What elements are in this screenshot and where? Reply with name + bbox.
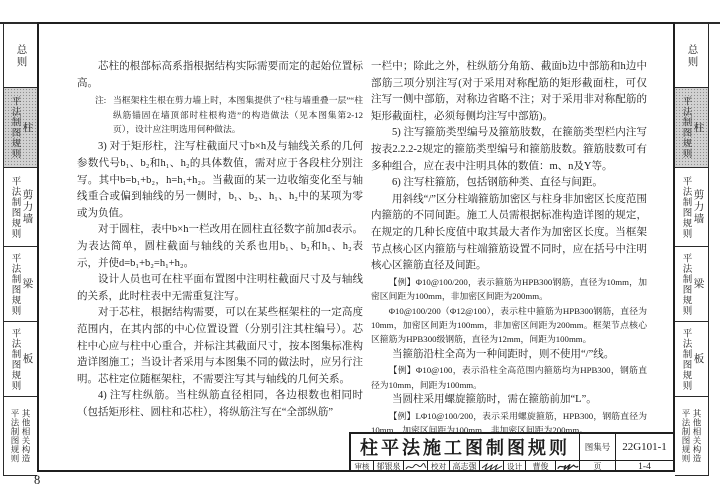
tab-group-label: 平法制图规则 bbox=[9, 253, 20, 316]
paragraph: 当圆柱采用螺旋箍筋时，需在箍筋前加“L”。 bbox=[371, 392, 647, 409]
tab-group-label: 平法制图规则 bbox=[680, 176, 691, 239]
reviewer-signature-image bbox=[403, 461, 427, 472]
paragraph: 6) 注写柱箍筋，包括钢筋种类、直径与间距。 bbox=[371, 175, 647, 192]
paragraph: 用斜线“/”区分柱端箍筋加密区与柱身非加密区长度范围内箍筋的不同间距。施工人员需… bbox=[371, 192, 647, 275]
tab-label: 剪力墙 bbox=[21, 189, 33, 225]
title-block: 柱平法施工图制图规则 图集号 22G101-1 审核 郁银泉 校对 高志强 设计… bbox=[349, 432, 673, 470]
designer-signature-image bbox=[555, 461, 579, 472]
note-paragraph: 注: 当框架柱生根在剪力墙上时，本图集提供了“柱与墙重叠一层”“柱纵筋锚固在墙顶… bbox=[77, 93, 363, 136]
tab-label: 其他相关构造 bbox=[21, 409, 31, 463]
checker-signature-image bbox=[479, 461, 503, 472]
sidebar-item-shear-wall: 平法制图规则 剪力墙 bbox=[675, 168, 708, 247]
paragraph: 当箍筋沿柱全高为一种间距时，则不使用“/”线。 bbox=[371, 347, 647, 364]
note-label: 注: bbox=[95, 93, 106, 107]
page-label: 页 bbox=[579, 461, 615, 472]
sidebar-item-column: 平法制图规则 柱 bbox=[675, 88, 708, 168]
tab-label: 板 bbox=[692, 353, 704, 365]
example-paragraph: Φ10@100/200（Φ12@100），表示柱中箍筋为HPB300钢筋，直径为… bbox=[371, 304, 647, 347]
tab-label: 梁 bbox=[21, 278, 33, 290]
tab-group-label: 平法制图规则 bbox=[680, 328, 691, 391]
sidebar-item-general-rules: 总则 bbox=[675, 24, 708, 88]
check-label: 校对 bbox=[427, 461, 449, 472]
tab-group-label: 平法制图规则 bbox=[9, 328, 20, 391]
tab-label: 梁 bbox=[692, 278, 704, 290]
tab-group-label: 平法制图规则 bbox=[9, 96, 20, 159]
tab-group-label: 平法制图规则 bbox=[681, 409, 691, 463]
note-body: 当框架柱生根在剪力墙上时，本图集提供了“柱与墙重叠一层”“柱纵筋锚固在墙顶部时柱… bbox=[113, 95, 363, 134]
tab-label: 总则 bbox=[686, 44, 698, 68]
sheet-title: 柱平法施工图制图规则 bbox=[351, 434, 579, 460]
example-paragraph: 【例】Φ10@100，表示沿柱全高范围内箍筋均为HPB300，钢筋直径为10mm… bbox=[371, 363, 647, 392]
tab-label: 柱 bbox=[692, 122, 704, 134]
tab-label: 剪力墙 bbox=[692, 189, 704, 225]
checker-name: 高志强 bbox=[449, 461, 479, 472]
text-column-right: 一栏中；除此之外，柱纵筋分角筋、截面b边中部筋和h边中部筋三项分别注写(对于采用… bbox=[371, 59, 647, 438]
tab-group-label: 平法制图规则 bbox=[680, 253, 691, 316]
designer-name: 曹俊 bbox=[525, 461, 555, 472]
design-label: 设计 bbox=[503, 461, 525, 472]
example-paragraph: 【例】Φ10@100/200，表示箍筋为HPB300钢筋，直径为10mm，加密区… bbox=[371, 275, 647, 304]
review-label: 审核 bbox=[351, 461, 373, 472]
sidebar-item-shear-wall: 平法制图规则 剪力墙 bbox=[4, 168, 37, 247]
tab-label: 板 bbox=[21, 353, 33, 365]
paragraph: 对于芯柱，根据结构需要，可以在某些框架柱的一定高度范围内，在其内部的中心位置设置… bbox=[77, 305, 363, 388]
sidebar-left: 总则 平法制图规则 柱 平法制图规则 剪力墙 平法制图规则 梁 平法制图规则 板… bbox=[3, 24, 37, 476]
sidebar-item-slab: 平法制图规则 板 bbox=[675, 322, 708, 397]
paragraph: 4) 注写柱纵筋。当柱纵筋直径相同，各边根数也相同时（包括矩形柱、圆柱和芯柱），… bbox=[77, 388, 363, 421]
paragraph: 一栏中；除此之外，柱纵筋分角筋、截面b边中部筋和h边中部筋三项分别注写(对于采用… bbox=[371, 59, 647, 125]
paragraph: 5) 注写箍筋类型编号及箍筋肢数，在箍筋类型栏内注写按表2.2.2-2规定的箍筋… bbox=[371, 125, 647, 175]
sidebar-right: 总则 平法制图规则 柱 平法制图规则 剪力墙 平法制图规则 梁 平法制图规则 板… bbox=[675, 24, 709, 476]
paragraph: 设计人员也可在柱平面布置图中注明柱截面尺寸及与轴线的关系，此时柱表中无需重复注写… bbox=[77, 272, 363, 305]
sidebar-item-column: 平法制图规则 柱 bbox=[4, 88, 37, 168]
tab-group-label: 平法制图规则 bbox=[680, 96, 691, 159]
atlas-no-value: 22G101-1 bbox=[615, 434, 673, 460]
page-number: 8 bbox=[34, 473, 40, 488]
title-block-row-2: 审核 郁银泉 校对 高志强 设计 曹俊 页 1-4 bbox=[351, 460, 673, 472]
page-no-value: 1-4 bbox=[615, 461, 673, 472]
paragraph: 对于圆柱，表中b×h一栏改用在圆柱直径数字前加d表示。为表达简单，圆柱截面与轴线… bbox=[77, 222, 363, 272]
reviewer-name: 郁银泉 bbox=[373, 461, 403, 472]
paragraph: 芯柱的根部标高系指根据结构实际需要而定的起始位置标高。 bbox=[77, 59, 363, 92]
sidebar-item-beam: 平法制图规则 梁 bbox=[675, 247, 708, 322]
sidebar-item-general-rules: 总则 bbox=[4, 24, 37, 88]
atlas-no-label: 图集号 bbox=[579, 434, 615, 460]
sidebar-item-other-details: 平法制图规则 其他相关构造 bbox=[675, 397, 708, 476]
tab-group-label: 平法制图规则 bbox=[10, 409, 20, 463]
tab-label: 柱 bbox=[21, 122, 33, 134]
page-content-frame: 芯柱的根部标高系指根据结构实际需要而定的起始位置标高。 注: 当框架柱生根在剪力… bbox=[37, 22, 675, 472]
sidebar-item-beam: 平法制图规则 梁 bbox=[4, 247, 37, 322]
tab-label: 总则 bbox=[15, 44, 27, 68]
tab-group-label: 平法制图规则 bbox=[9, 176, 20, 239]
paragraph: 3) 对于矩形柱，注写柱截面尺寸b×h及与轴线关系的几何参数代号b₁、b₂和h₁… bbox=[77, 139, 363, 222]
text-column-left: 芯柱的根部标高系指根据结构实际需要而定的起始位置标高。 注: 当框架柱生根在剪力… bbox=[77, 59, 363, 422]
sidebar-item-slab: 平法制图规则 板 bbox=[4, 322, 37, 397]
title-block-row-1: 柱平法施工图制图规则 图集号 22G101-1 bbox=[351, 434, 673, 460]
tab-label: 其他相关构造 bbox=[692, 409, 702, 463]
sidebar-item-other-details: 平法制图规则 其他相关构造 bbox=[4, 397, 37, 476]
